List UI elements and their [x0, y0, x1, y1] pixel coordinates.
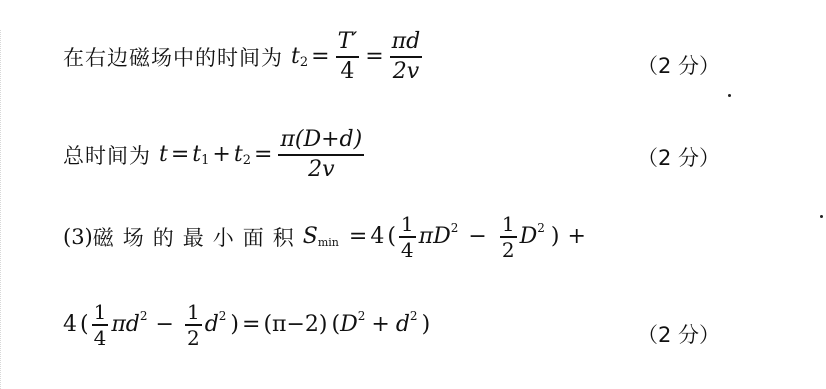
score-label: （2 分） [637, 50, 720, 80]
subscript: 2 [243, 153, 251, 168]
factor-pi-minus-2: (π−2) [263, 312, 327, 337]
fraction-one-quarter: 1 4 [399, 212, 416, 262]
fraction-one-half: 1 2 [500, 212, 517, 262]
fraction-pi-d-over-2v: πd 2v [390, 28, 423, 86]
left-paren: ( [332, 312, 341, 337]
denominator: 4 [338, 58, 356, 86]
right-paren: ) [230, 312, 239, 337]
numerator: 1 [399, 212, 416, 236]
scan-speck [728, 94, 731, 97]
numerator: T′ [336, 28, 360, 56]
term-pi-d: πd [111, 312, 140, 337]
coefficient: 4 [370, 224, 384, 249]
equals: = [311, 44, 329, 69]
term-pi-D: πD [419, 224, 451, 249]
numerator: πd [390, 28, 423, 56]
equals: = [254, 142, 272, 167]
numerator: 1 [92, 300, 109, 324]
term-d: d [205, 312, 219, 337]
minus: − [156, 312, 174, 337]
right-paren: ) [551, 224, 560, 249]
line-min-area-result: 4 ( 1 4 πd 2 − 1 2 d 2 ) = (π−2) ( D 2 +… [63, 300, 430, 350]
denominator: 2v [391, 58, 421, 86]
var-t: t [291, 44, 300, 69]
plus: + [212, 142, 230, 167]
equals: = [365, 44, 383, 69]
numerator: 1 [185, 300, 202, 324]
superscript: 2 [140, 309, 148, 323]
minus: − [468, 224, 486, 249]
coefficient: 4 [63, 312, 77, 337]
score-label: （2 分） [637, 319, 720, 349]
superscript: 2 [410, 309, 418, 323]
score-label: （2 分） [637, 142, 720, 172]
scan-speck [820, 215, 823, 218]
line-text: 总时间为 [63, 140, 151, 170]
numerator: 1 [500, 212, 517, 236]
plus: + [567, 224, 585, 249]
subscript: 2 [300, 55, 308, 70]
equals: = [349, 224, 367, 249]
var-D: D [340, 312, 358, 337]
var-t2: t [234, 142, 243, 167]
page-edge [0, 30, 4, 389]
denominator: 2v [306, 156, 336, 184]
equals: = [242, 312, 260, 337]
numerator: π(D+d) [278, 126, 364, 154]
subscript-min: min [318, 236, 339, 249]
superscript: 2 [451, 221, 459, 235]
equals: = [171, 142, 189, 167]
superscript: 2 [537, 221, 545, 235]
superscript: 2 [219, 309, 227, 323]
denominator: 2 [500, 238, 517, 262]
right-paren: ) [422, 312, 431, 337]
plus: + [371, 312, 389, 337]
part-number: (3) [63, 225, 93, 249]
subscript: 1 [201, 153, 209, 168]
superscript: 2 [358, 309, 366, 323]
denominator: 2 [185, 326, 202, 350]
line-min-area: (3) 磁场的最小面积 S min = 4 ( 1 4 πD 2 − 1 2 D… [63, 212, 589, 262]
line-total-time: 总时间为 t = t 1 + t 2 = π(D+d) 2v [63, 126, 367, 184]
var-t: t [159, 142, 168, 167]
denominator: 4 [92, 326, 109, 350]
fraction-one-half: 1 2 [185, 300, 202, 350]
fraction-t-prime-over-4: T′ 4 [336, 28, 360, 86]
var-t1: t [192, 142, 201, 167]
var-S: S [303, 224, 318, 249]
left-paren: ( [387, 224, 396, 249]
fraction-one-quarter: 1 4 [92, 300, 109, 350]
fraction-total-time: π(D+d) 2v [278, 126, 364, 184]
denominator: 4 [399, 238, 416, 262]
line-right-field-time: 在右边磁场中的时间为 t 2 = T′ 4 = πd 2v [63, 28, 425, 86]
var-d: d [396, 312, 410, 337]
line-text: 在右边磁场中的时间为 [63, 42, 283, 72]
line-text: 磁场的最小面积 [93, 222, 303, 252]
left-paren: ( [80, 312, 89, 337]
term-D: D [520, 224, 538, 249]
